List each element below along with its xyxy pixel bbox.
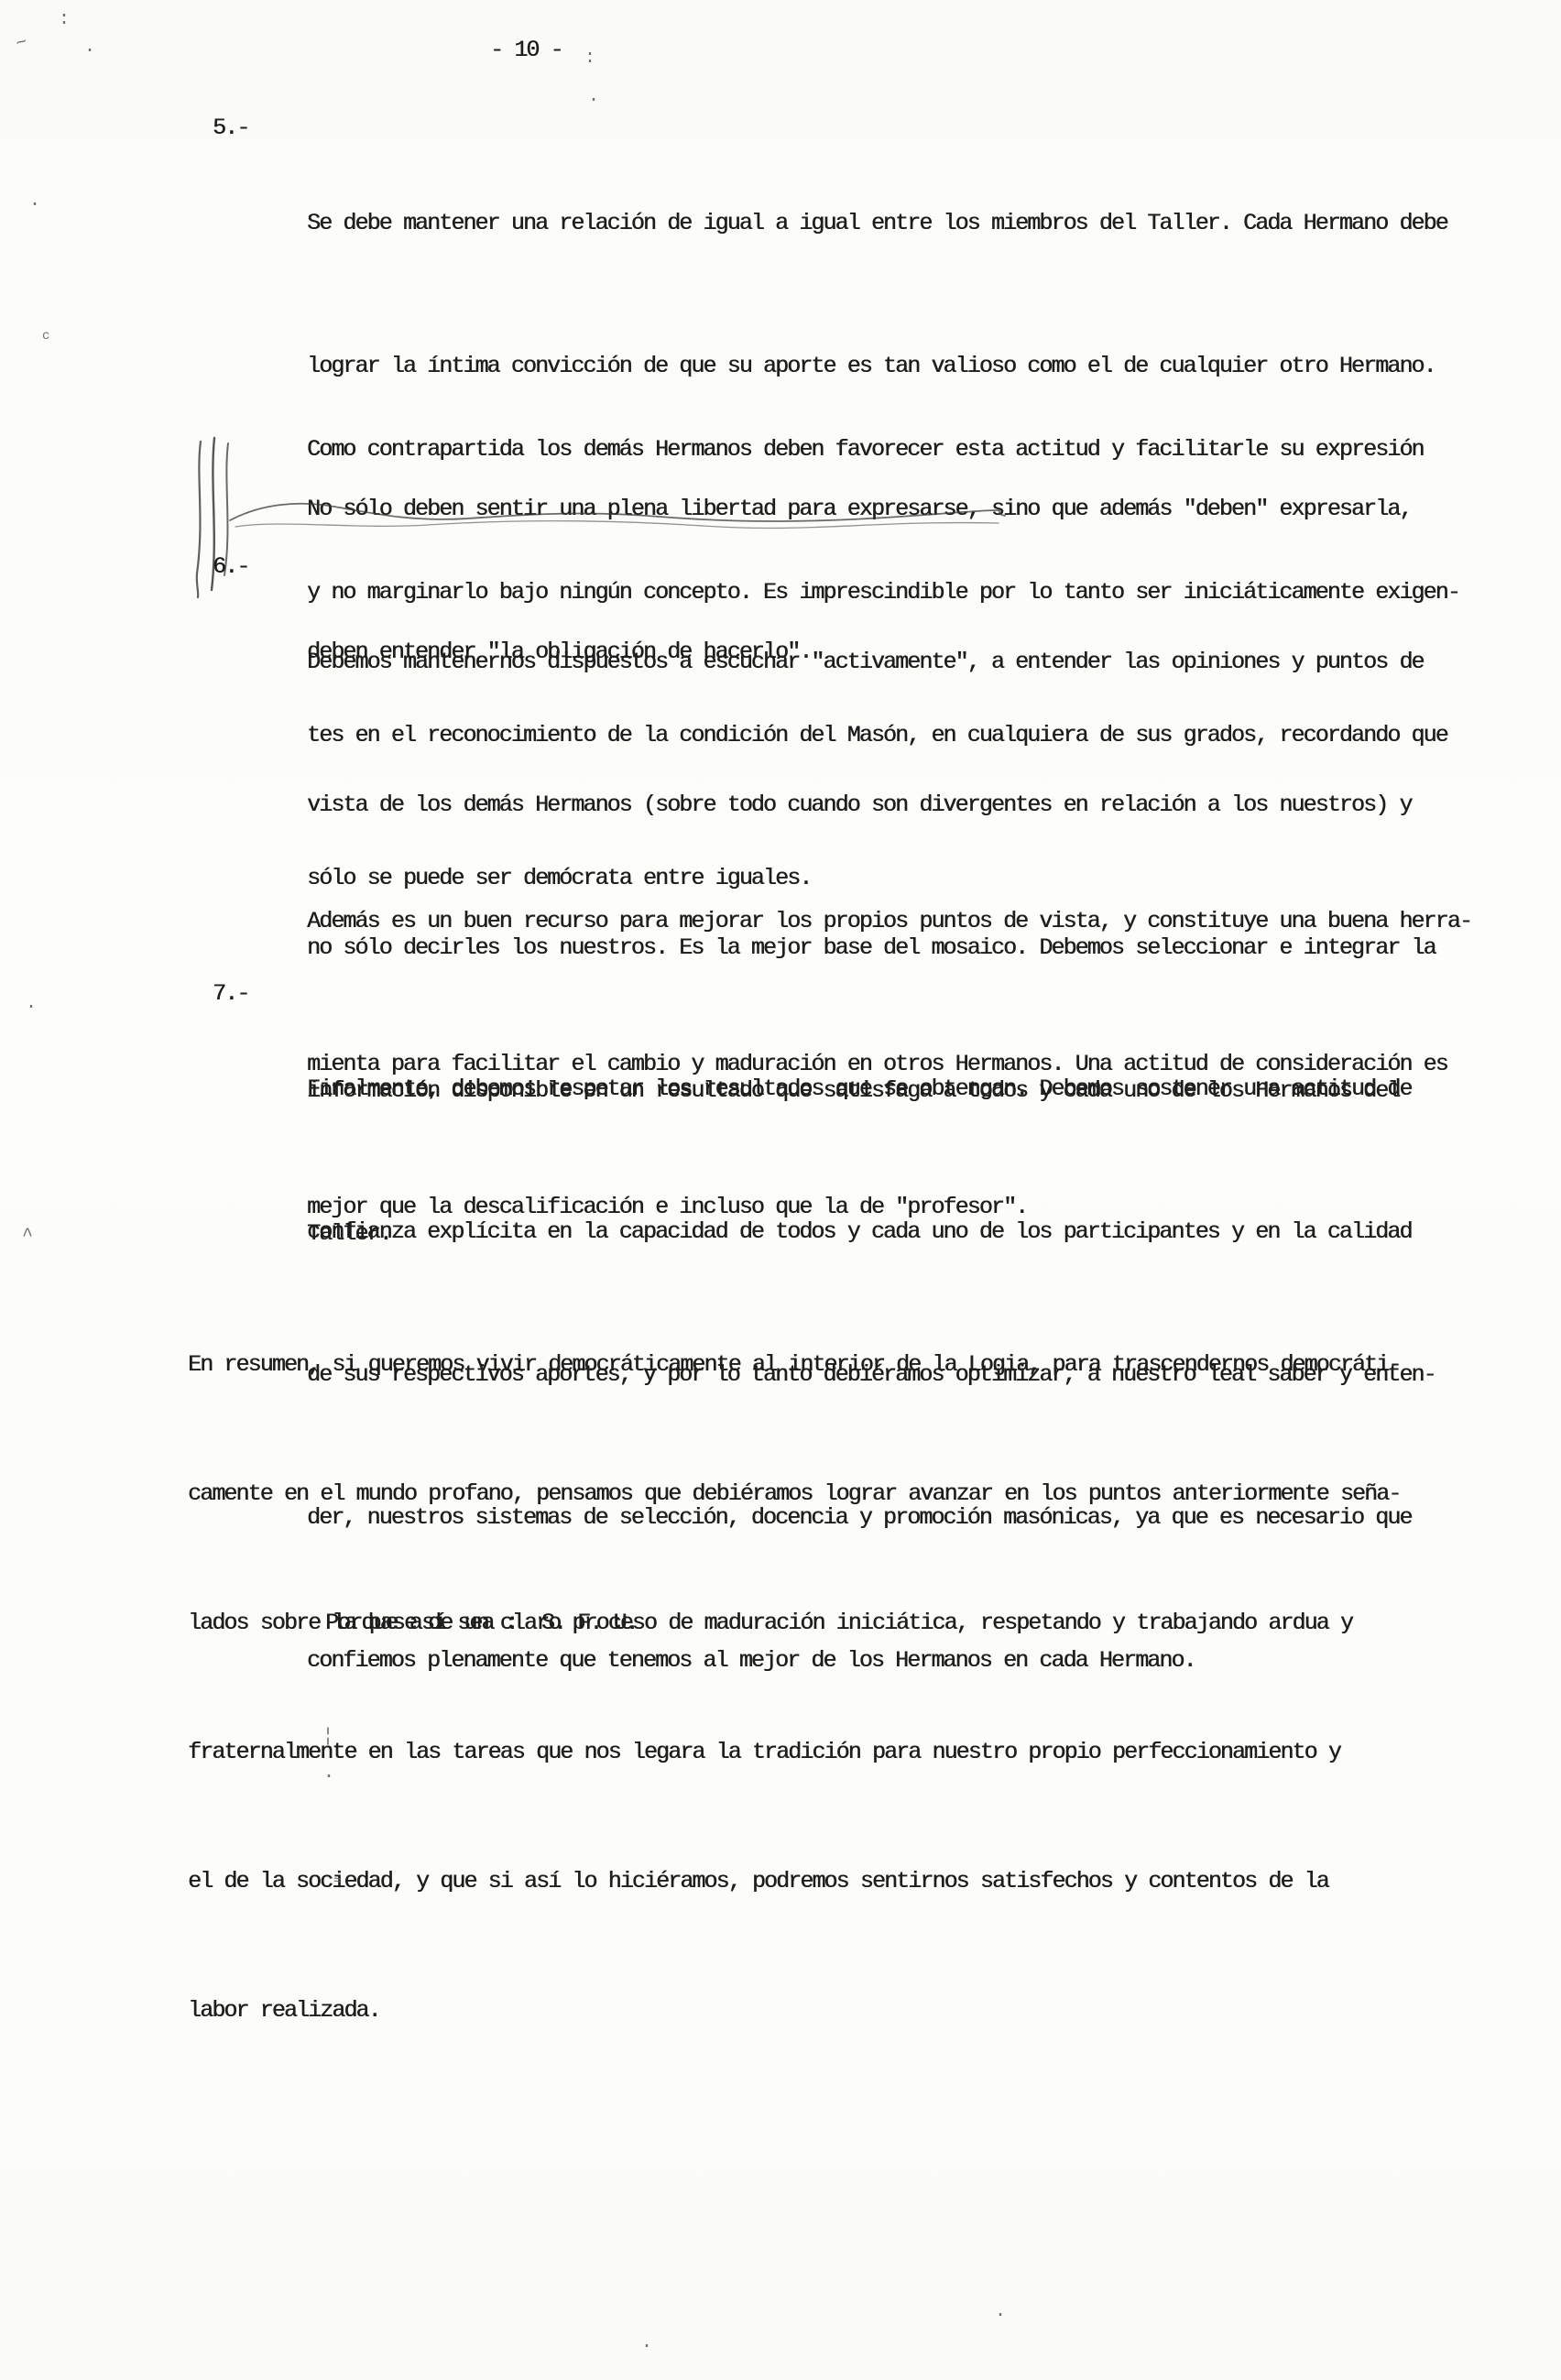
- paragraph-line: el de la sociedad, y que si así lo hicié…: [188, 1860, 1400, 1903]
- paragraph-line: confianza explícita en la capacidad de t…: [307, 1208, 1435, 1256]
- scan-artifact: ·: [84, 42, 95, 60]
- scan-artifact: ·: [26, 999, 37, 1017]
- paragraph-number-6: 6.-: [213, 543, 248, 591]
- scan-artifact: ≈: [333, 1874, 342, 1888]
- scan-artifact: ~: [14, 34, 30, 55]
- scan-artifact: ·: [588, 92, 599, 110]
- paragraph-line: camente en el mundo profano, pensamos qu…: [188, 1472, 1400, 1515]
- paragraph-line: fraternalmente en las tareas que nos leg…: [188, 1730, 1400, 1774]
- paragraph-line: Debemos mantenernos dispuestos a escucha…: [307, 639, 1435, 686]
- scan-artifact: ^: [22, 1228, 33, 1246]
- paragraph-number-5: 5.-: [213, 104, 248, 152]
- scan-artifact: .: [29, 192, 40, 211]
- scan-artifact: ·: [995, 2307, 1006, 2325]
- paragraph-line: Como contrapartida los demás Hermanos de…: [307, 426, 1459, 474]
- summary-paragraph: En resumen, si queremos vivir democrátic…: [188, 1257, 1400, 2118]
- handwritten-underline-annotation: [224, 495, 1012, 533]
- paragraph-number-7: 7.-: [213, 970, 248, 1018]
- scan-artifact: c: [42, 330, 49, 343]
- closing-line: Porque así sea : S. F. U.: [325, 1610, 638, 1637]
- scan-artifact: ¦: [322, 1728, 333, 1746]
- scan-artifact: .: [323, 1764, 334, 1783]
- paragraph-line: Además es un buen recurso para mejorar l…: [307, 898, 1471, 945]
- paragraph-line: En resumen, si queremos vivir democrátic…: [188, 1343, 1400, 1386]
- scan-artifact: :: [584, 49, 595, 68]
- page-number: - 10 -: [490, 37, 562, 64]
- paragraph-line: Finalmente, debemos respetar los resulta…: [307, 1065, 1435, 1113]
- paragraph-line: labor realizada.: [188, 1989, 1400, 2032]
- scan-artifact: ·: [641, 2338, 652, 2356]
- scanned-document-page: - 10 - 5.- Se debe mantener una relación…: [0, 0, 1561, 2380]
- scan-artifact: :: [59, 11, 70, 29]
- paragraph-line: Se debe mantener una relación de igual a…: [307, 200, 1447, 247]
